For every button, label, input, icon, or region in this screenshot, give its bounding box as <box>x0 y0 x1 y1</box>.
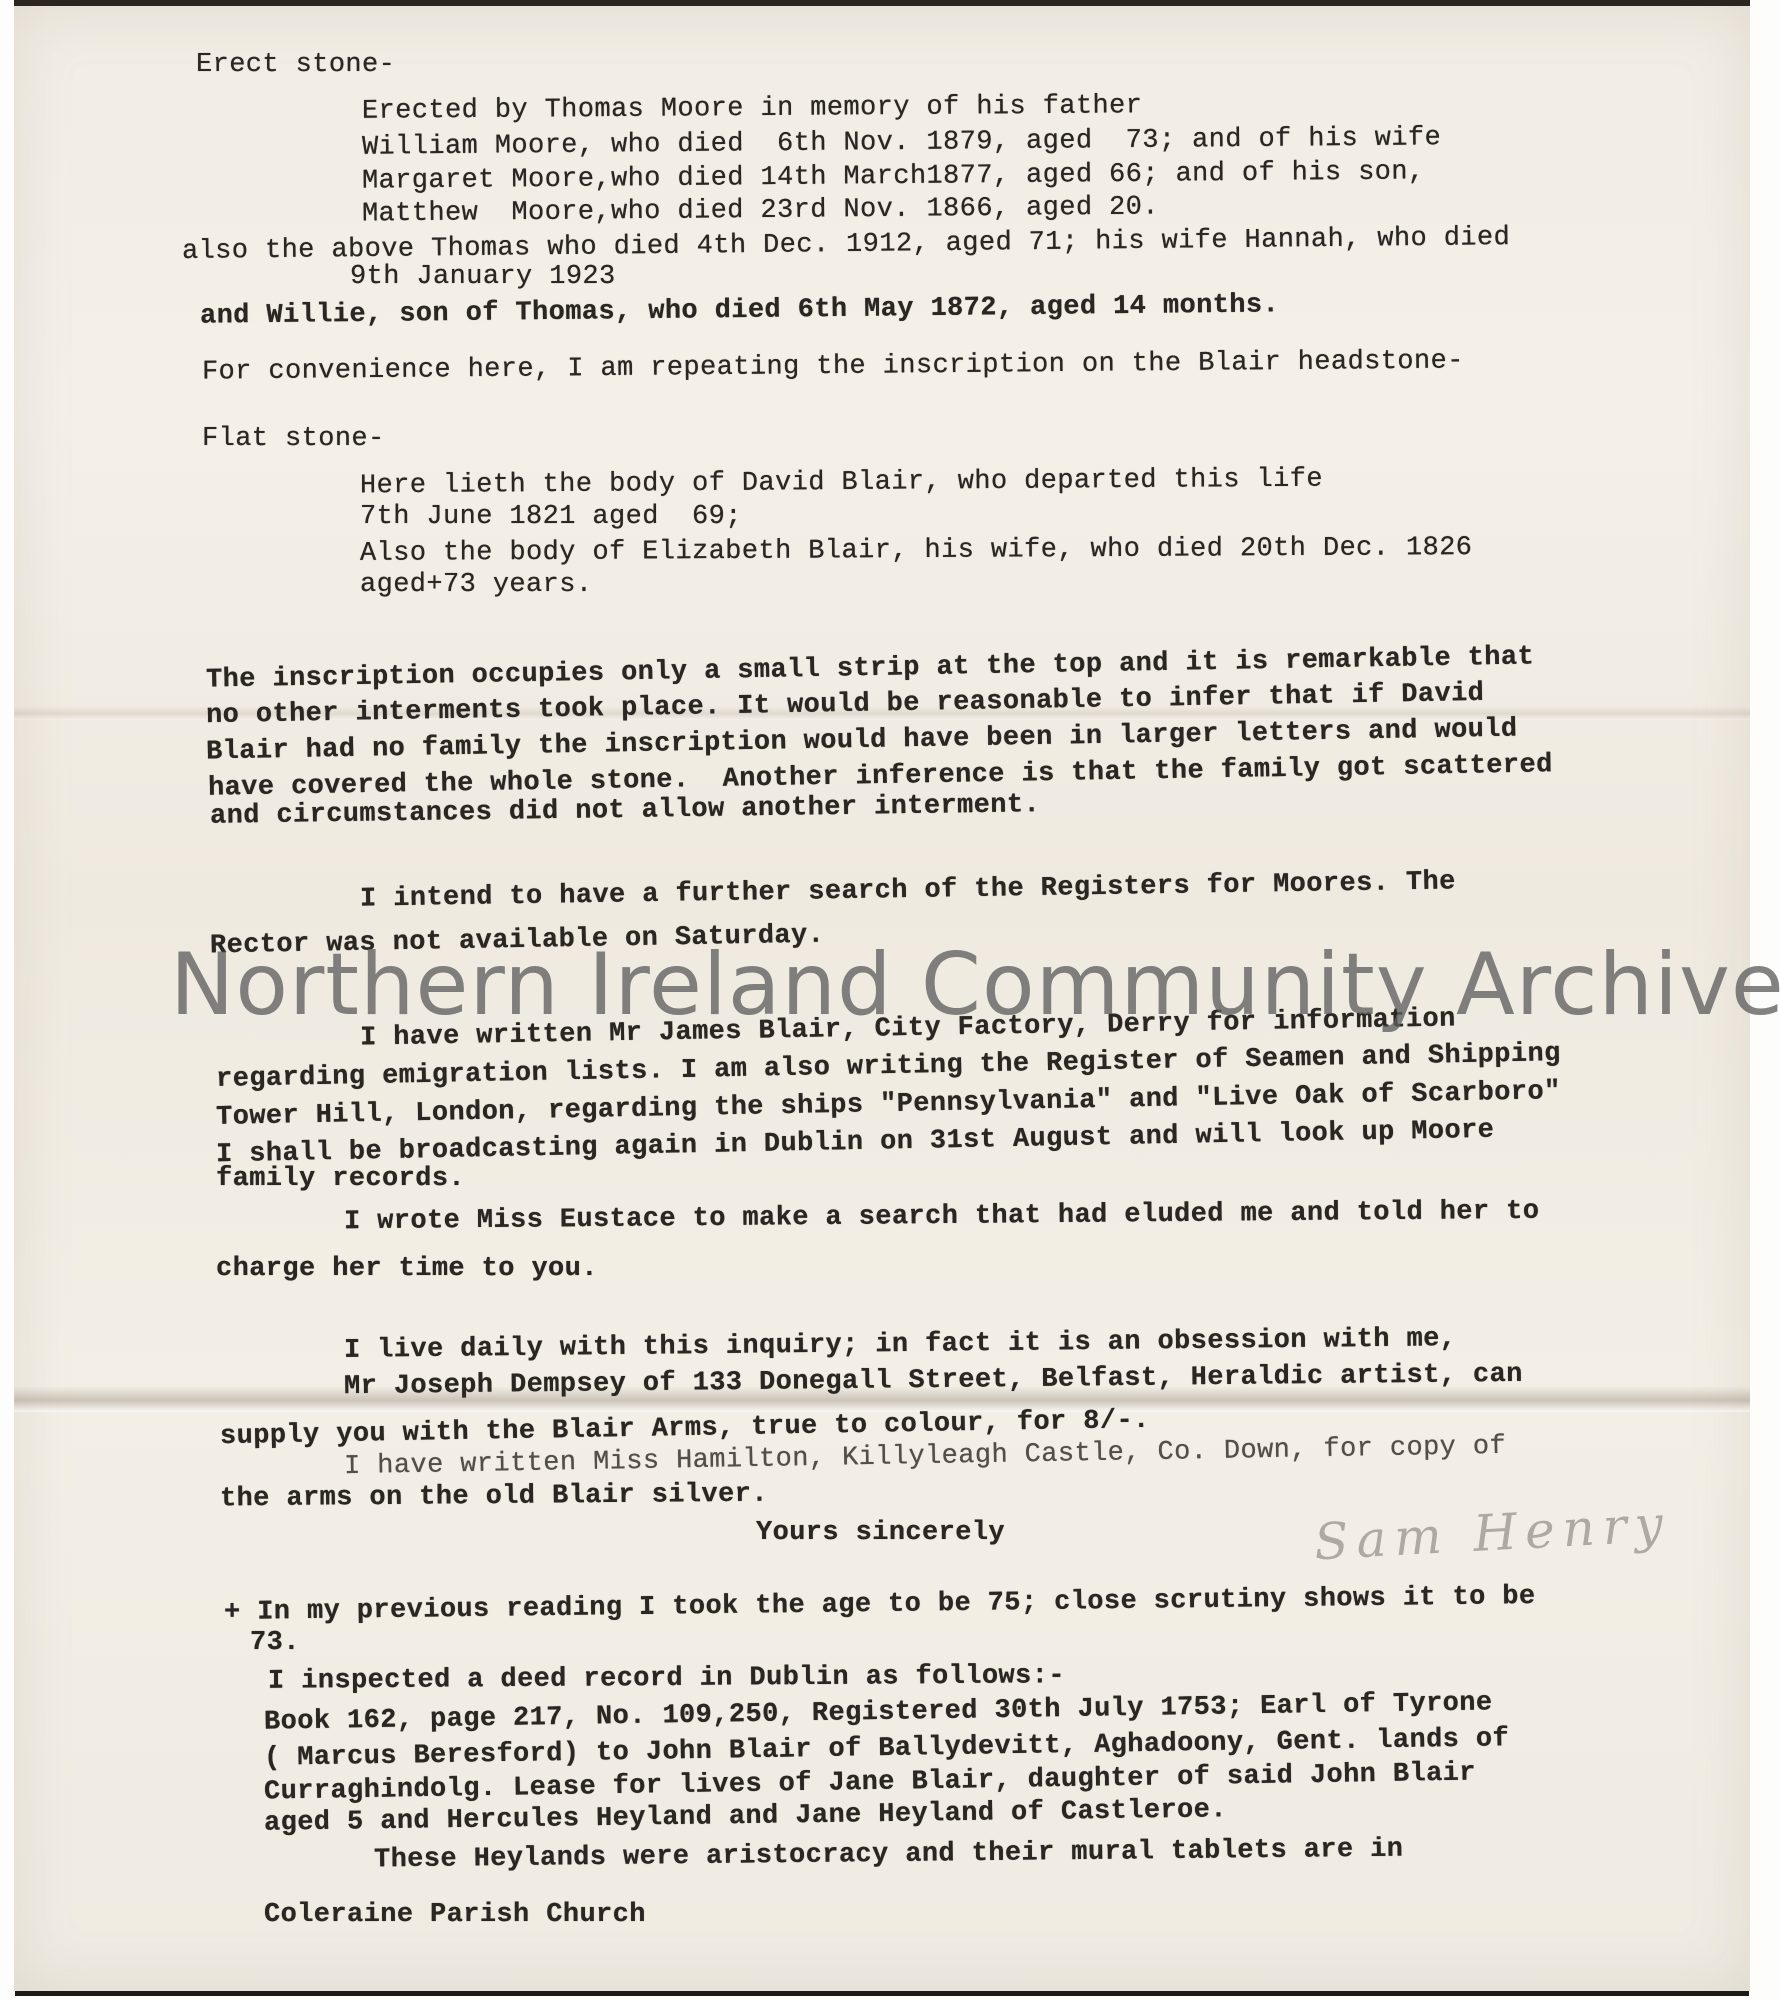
convenience-note: For convenience here, I am repeating the… <box>202 346 1464 387</box>
inscription-line: Matthew Moore,who died 23rd Nov. 1866, a… <box>362 193 1159 230</box>
footnote-line: These Heylands were aristocracy and thei… <box>374 1835 1404 1876</box>
inscription-line: and Willie, son of Thomas, who died 6th … <box>200 290 1279 331</box>
paragraph-line: family records. <box>216 1164 465 1194</box>
paragraph-line: I intend to have a further search of the… <box>360 867 1456 914</box>
inscription-line: Also the body of Elizabeth Blair, his wi… <box>360 533 1473 569</box>
inscription-line: Here lieth the body of David Blair, who … <box>360 465 1323 502</box>
flat-stone-heading: Flat stone- <box>202 424 385 454</box>
paragraph-line: I live daily with this inquiry; in fact … <box>344 1324 1457 1366</box>
inscription-line: William Moore, who died 6th Nov. 1879, a… <box>362 123 1441 162</box>
inscription-line: 9th January 1923 <box>350 262 616 292</box>
paragraph-line: I wrote Miss Eustace to make a search th… <box>344 1197 1540 1237</box>
inscription-line: aged+73 years. <box>360 570 592 600</box>
footnote-line: I inspected a deed record in Dublin as f… <box>268 1661 1065 1697</box>
inscription-line: 7th June 1821 aged 69; <box>360 502 742 532</box>
paragraph-line: the arms on the old Blair silver. <box>220 1480 768 1515</box>
handwritten-signature: Sam Henry <box>1313 1495 1672 1572</box>
footnote-line: Coleraine Parish Church <box>264 1900 646 1930</box>
paragraph-line: charge her time to you. <box>216 1254 598 1284</box>
footnote-line: 73. <box>250 1628 300 1658</box>
erect-stone-heading: Erect stone- <box>196 50 395 80</box>
footnote-line: + In my previous reading I took the age … <box>224 1582 1536 1628</box>
inscription-line: Margaret Moore,who died 14th March1877, … <box>362 157 1425 196</box>
inscription-line: Erected by Thomas Moore in memory of his… <box>362 91 1143 126</box>
inscription-line: also the above Thomas who died 4th Dec. … <box>182 223 1510 267</box>
archive-watermark: Northern Ireland Community Archive <box>170 935 1780 1035</box>
closing-salutation: Yours sincerely <box>756 1518 1005 1548</box>
